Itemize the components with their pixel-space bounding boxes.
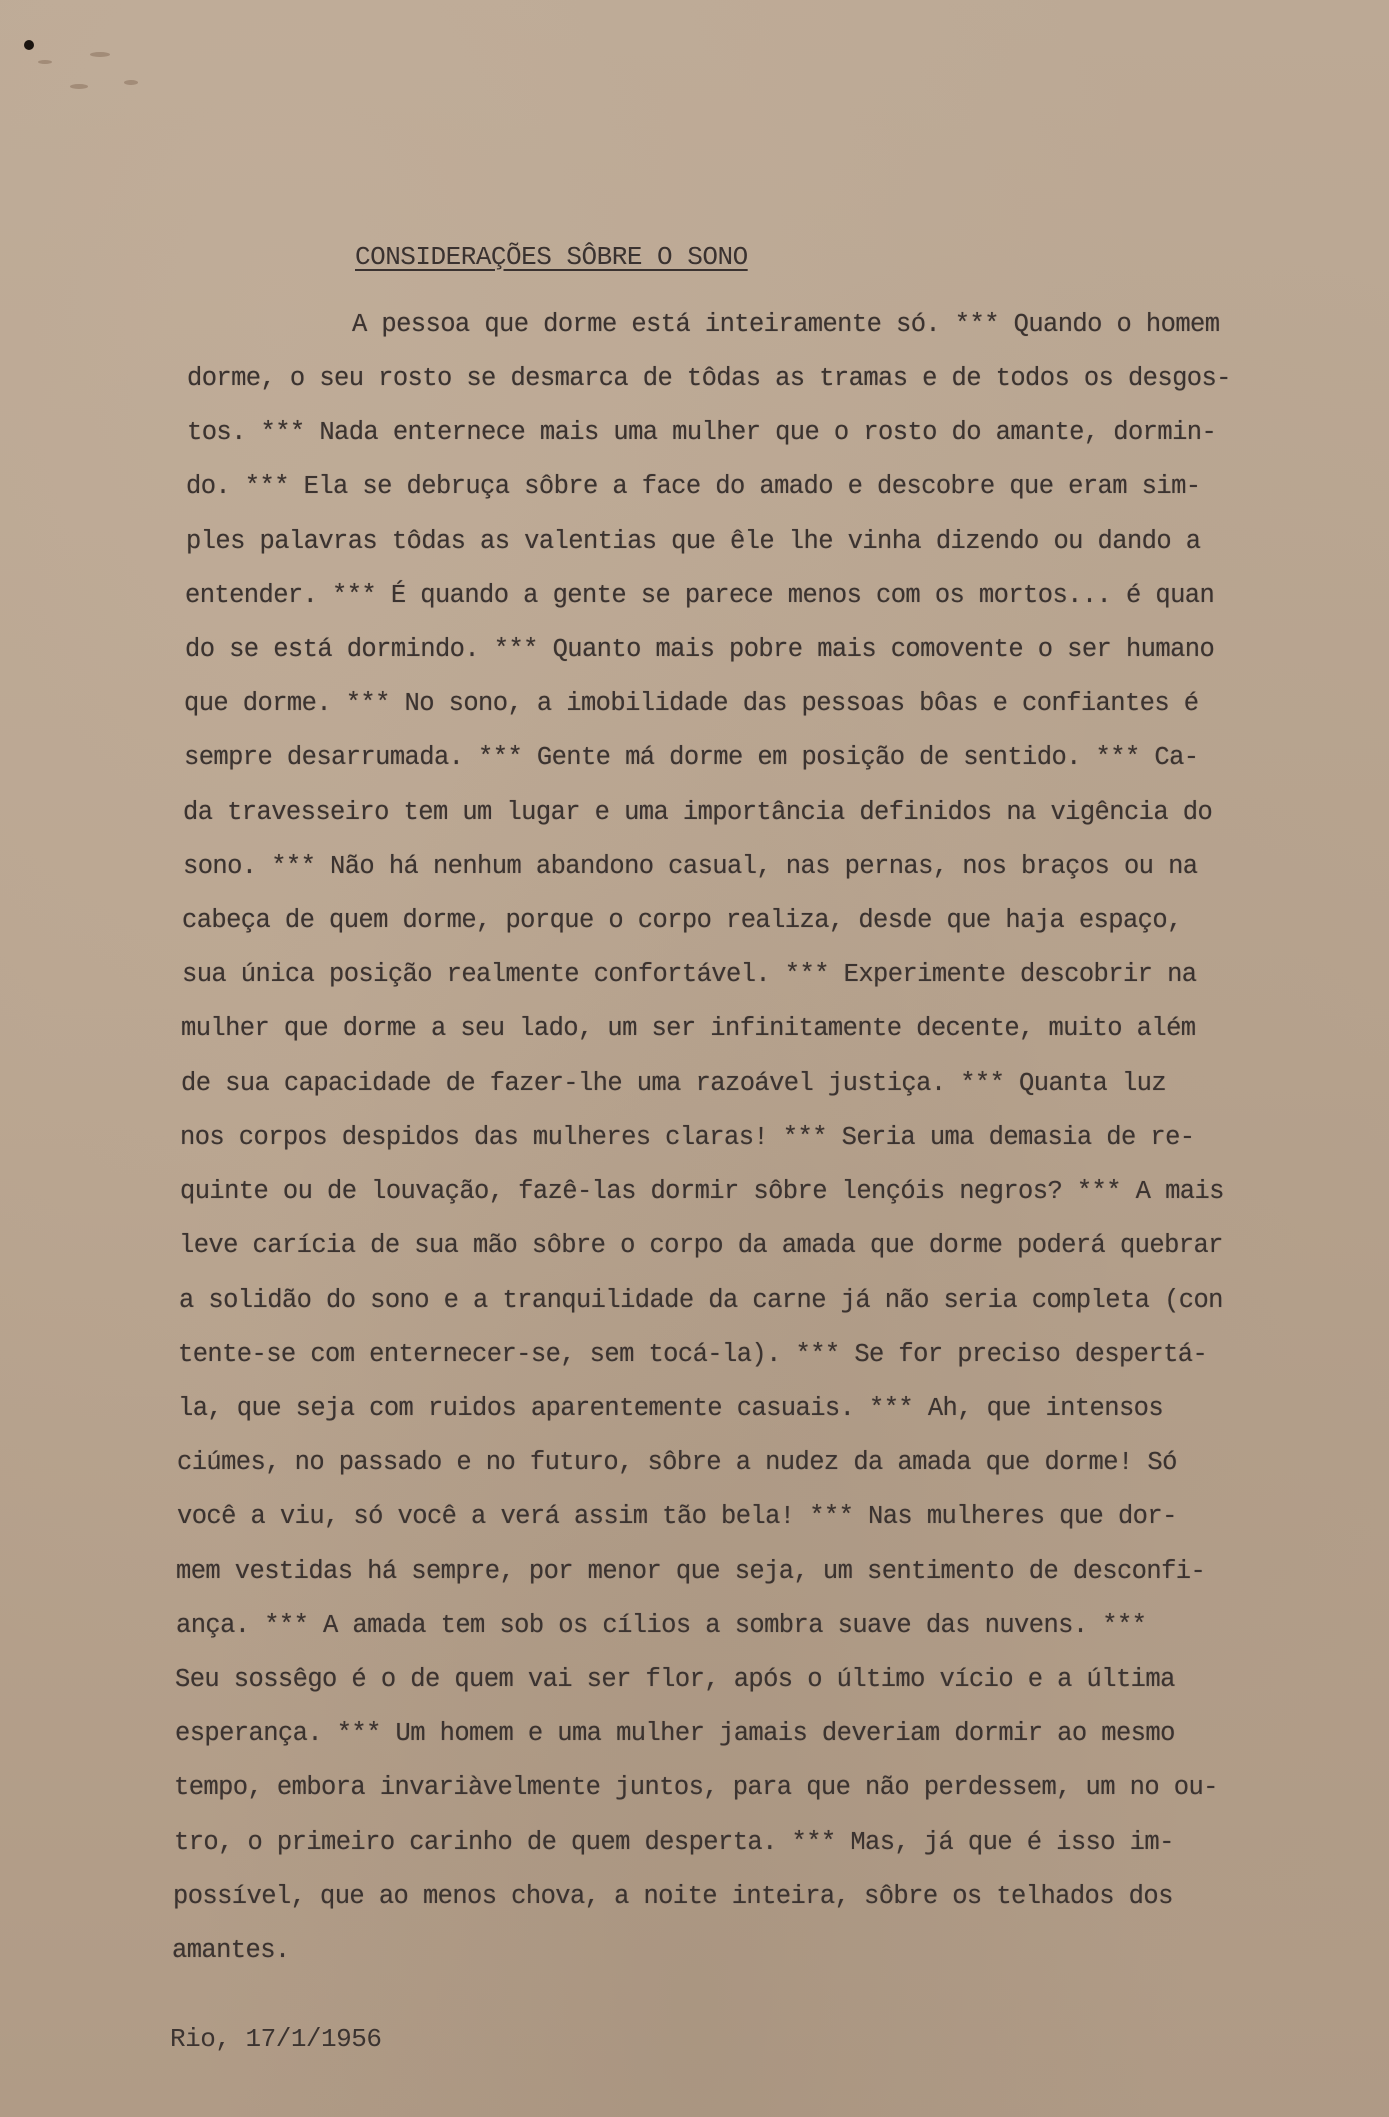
text-line: nos corpos despidos das mulheres claras!…	[180, 1123, 1194, 1152]
ink-smudge	[70, 84, 88, 89]
text-line: la, que seja com ruidos aparentemente ca…	[178, 1394, 1163, 1423]
text-line: que dorme. *** No sono, a imobilidade da…	[184, 689, 1198, 718]
text-line: você a viu, só você a verá assim tão bel…	[177, 1502, 1177, 1531]
punch-hole	[24, 40, 34, 50]
text-line: mulher que dorme a seu lado, um ser infi…	[181, 1014, 1195, 1043]
text-line: mem vestidas há sempre, por menor que se…	[176, 1557, 1205, 1586]
text-line: tos. *** Nada enternece mais uma mulher …	[187, 418, 1216, 447]
text-line: tente-se com enternecer-se, sem tocá-la)…	[178, 1340, 1207, 1369]
text-line: sempre desarrumada. *** Gente má dorme e…	[184, 743, 1198, 772]
text-line: da travesseiro tem um lugar e uma import…	[183, 798, 1212, 827]
text-line: tempo, embora invariàvelmente juntos, pa…	[174, 1773, 1218, 1802]
place-and-date: Rio, 17/1/1956	[170, 2024, 381, 2054]
text-line: ança. *** A amada tem sob os cílios a so…	[176, 1611, 1146, 1640]
document-title: CONSIDERAÇÕES SÔBRE O SONO	[355, 242, 748, 272]
typewritten-page: CONSIDERAÇÕES SÔBRE O SONO A pessoa que …	[0, 0, 1389, 2117]
text-line: entender. *** É quando a gente se parece…	[185, 581, 1214, 610]
text-line: ples palavras tôdas as valentias que êle…	[186, 527, 1200, 556]
text-line: Seu sossêgo é o de quem vai ser flor, ap…	[175, 1665, 1175, 1694]
text-line: sua única posição realmente confortável.…	[182, 960, 1196, 989]
text-line: sono. *** Não há nenhum abandono casual,…	[183, 852, 1197, 881]
text-line: tro, o primeiro carinho de quem desperta…	[174, 1828, 1174, 1857]
text-line: a solidão do sono e a tranquilidade da c…	[179, 1286, 1223, 1315]
text-line: A pessoa que dorme está inteiramente só.…	[352, 310, 1219, 339]
ink-smudge	[90, 52, 110, 57]
text-line: ciúmes, no passado e no futuro, sôbre a …	[177, 1448, 1177, 1477]
text-line: leve carícia de sua mão sôbre o corpo da…	[179, 1231, 1223, 1260]
text-line: amantes.	[172, 1936, 290, 1965]
text-line: de sua capacidade de fazer-lhe uma razoá…	[181, 1069, 1166, 1098]
text-line: cabeça de quem dorme, porque o corpo rea…	[182, 906, 1182, 935]
text-line: quinte ou de louvação, fazê-las dormir s…	[180, 1177, 1224, 1206]
text-line: possível, que ao menos chova, a noite in…	[173, 1882, 1173, 1911]
text-line: do se está dormindo. *** Quanto mais pob…	[185, 635, 1214, 664]
text-line: esperança. *** Um homem e uma mulher jam…	[175, 1719, 1175, 1748]
text-line: do. *** Ela se debruça sôbre a face do a…	[186, 472, 1200, 501]
text-line: dorme, o seu rosto se desmarca de tôdas …	[187, 364, 1231, 393]
ink-smudge	[38, 60, 52, 64]
ink-smudge	[124, 80, 138, 85]
